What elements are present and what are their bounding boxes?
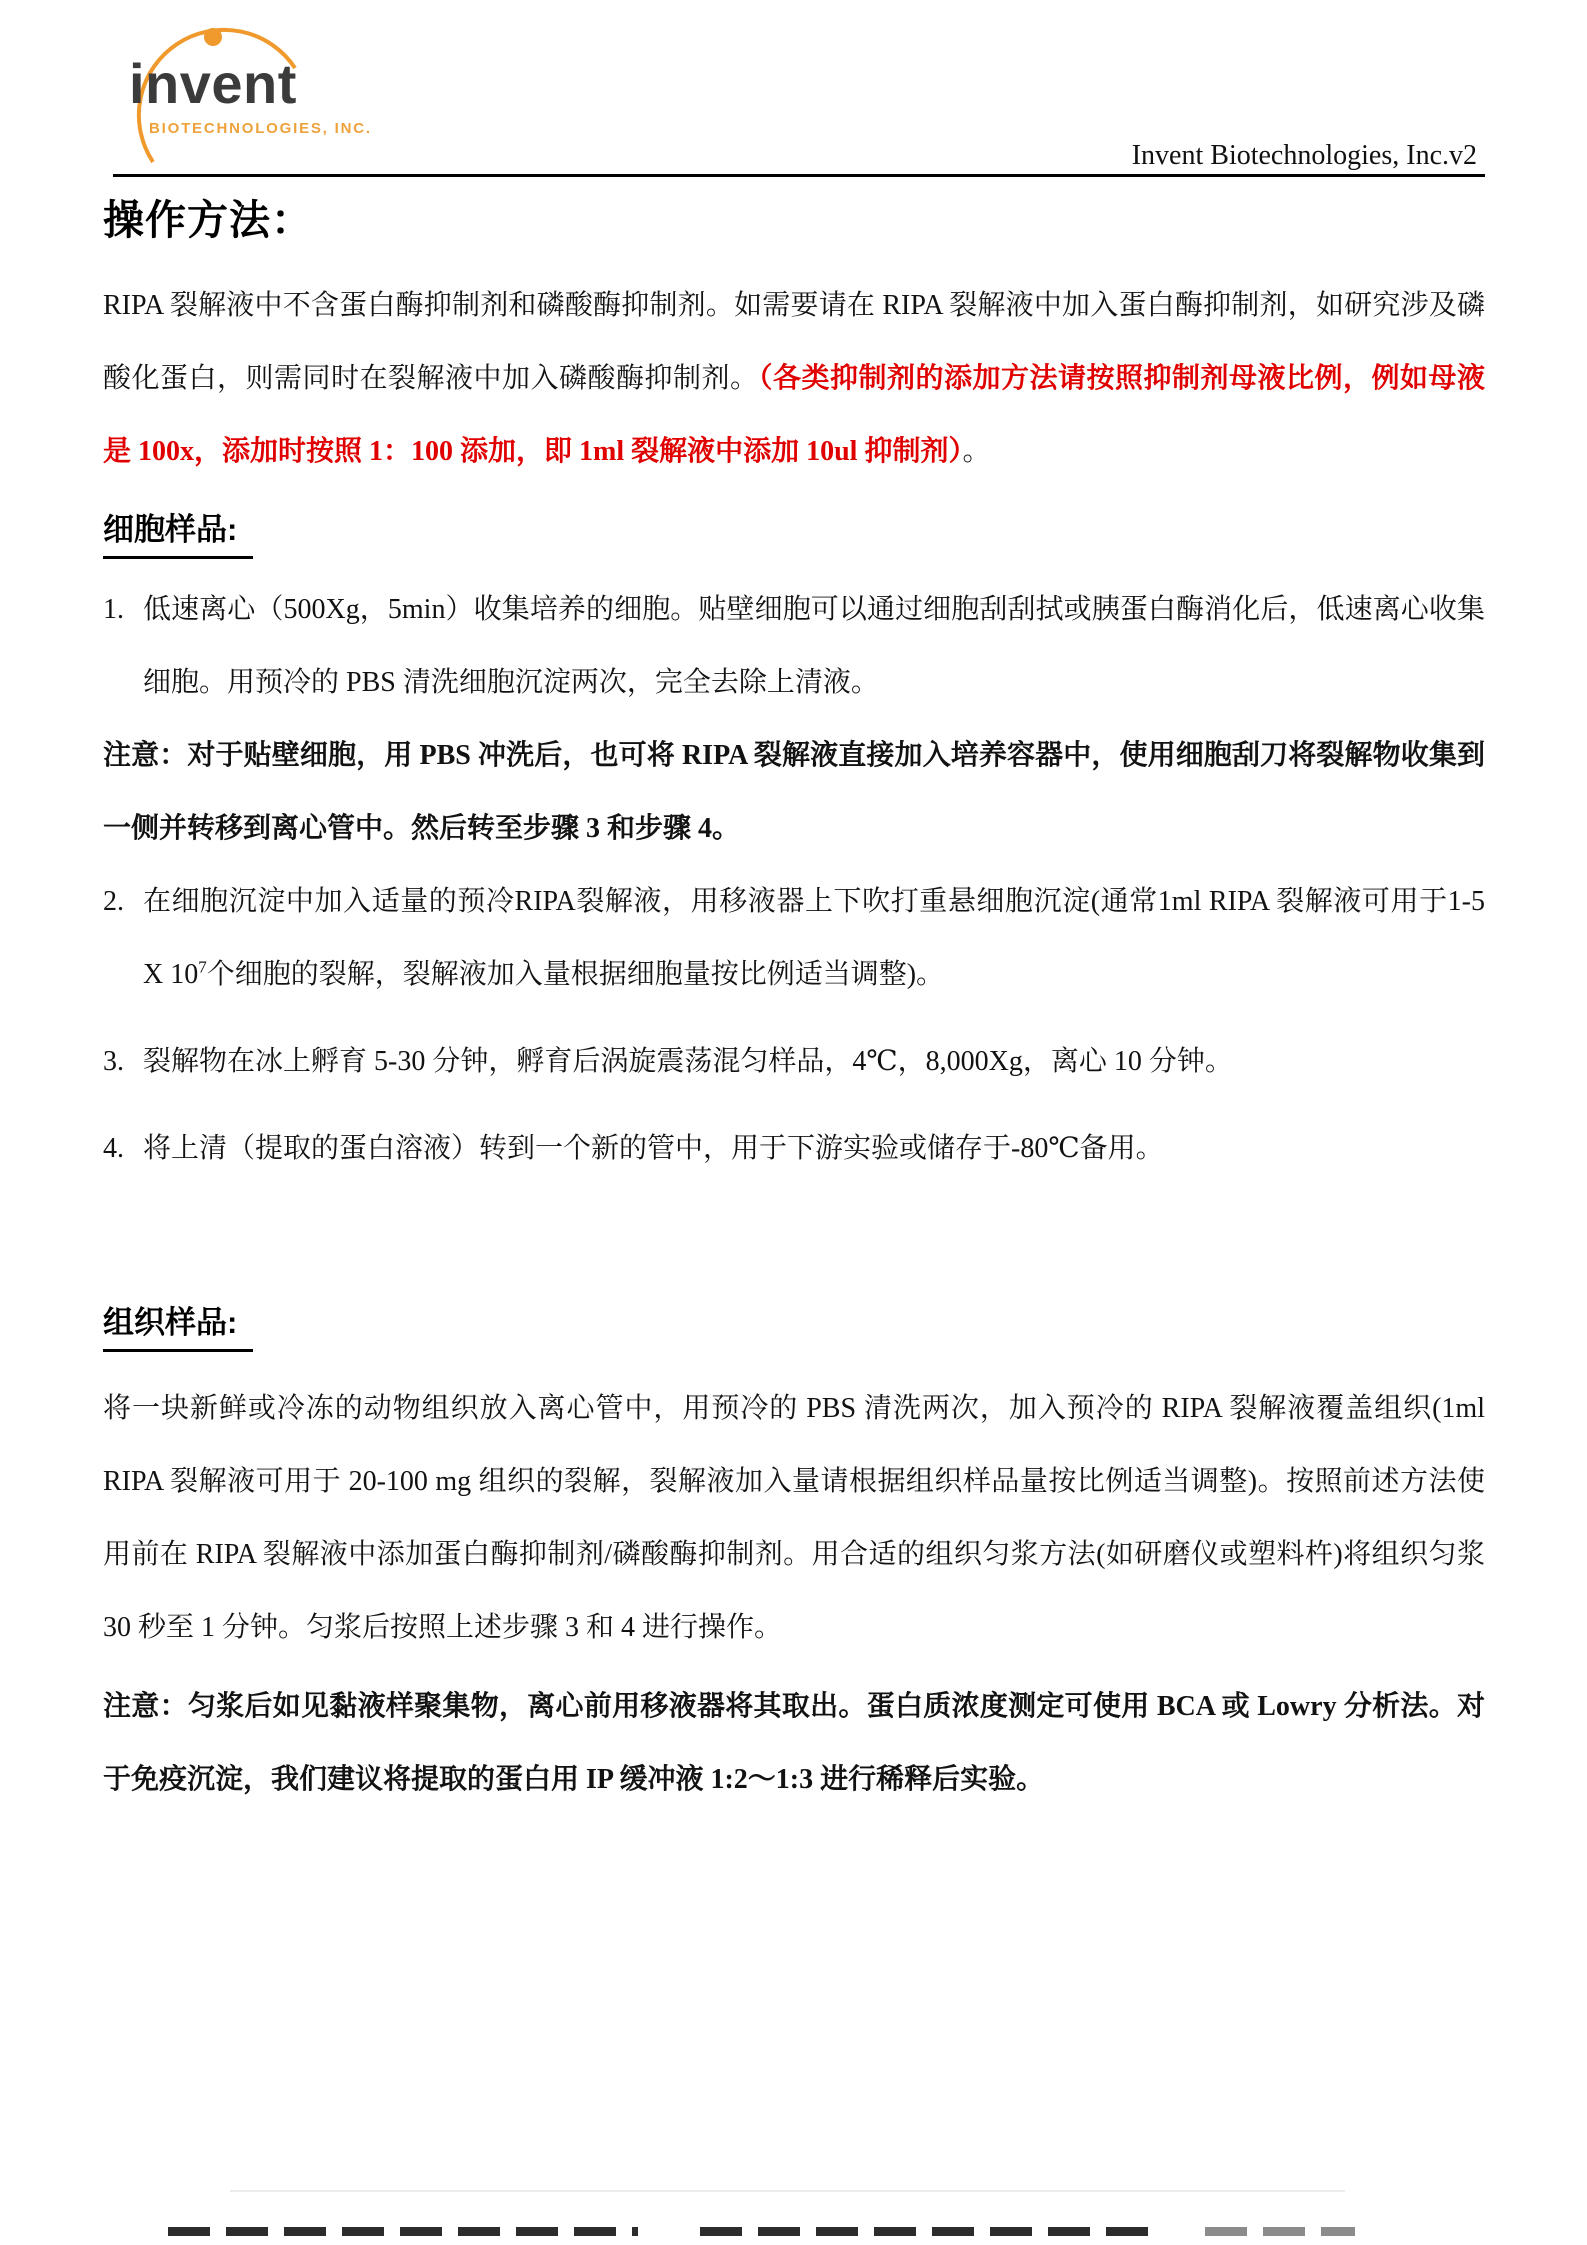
intro-text-tail: 。 bbox=[962, 436, 990, 467]
tissue-section: 组织样品: bbox=[103, 1281, 1485, 1352]
page-header: invent BIOTECHNOLOGIES, INC. Invent Biot… bbox=[103, 22, 1485, 174]
page-bottom-cut-content bbox=[700, 2227, 1152, 2236]
tissue-section-heading: 组织样品: bbox=[103, 1301, 253, 1352]
cell-section: 细胞样品: bbox=[103, 488, 1485, 559]
cell-section-heading: 细胞样品: bbox=[103, 508, 253, 559]
document-screenshot: { "header": { "logo_brand": "invent", "l… bbox=[0, 0, 1587, 2245]
page-content: invent BIOTECHNOLOGIES, INC. Invent Biot… bbox=[103, 22, 1485, 1816]
step-number: 4. bbox=[103, 1112, 143, 1185]
cell-step-1: 1. 低速离心（500Xg，5min）收集培养的细胞。贴壁细胞可以通过细胞刮刮拭… bbox=[103, 573, 1485, 719]
step-text-post: 个细胞的裂解，裂解液加入量根据细胞量按比例适当调整)。 bbox=[207, 959, 944, 990]
page-title: 操作方法： bbox=[103, 191, 1485, 249]
cell-step-3: 3. 裂解物在冰上孵育 5-30 分钟，孵育后涡旋震荡混匀样品，4℃，8,000… bbox=[103, 1025, 1485, 1098]
intro-paragraph: RIPA 裂解液中不含蛋白酶抑制剂和磷酸酶抑制剂。如需要请在 RIPA 裂解液中… bbox=[103, 269, 1485, 488]
logo-subtitle-text: BIOTECHNOLOGIES, INC. bbox=[149, 120, 372, 137]
page-bottom-cut-content bbox=[168, 2227, 638, 2236]
tissue-paragraph: 将一块新鲜或冷冻的动物组织放入离心管中，用预冷的 PBS 清洗两次，加入预冷的 … bbox=[103, 1372, 1485, 1664]
step-text: 在细胞沉淀中加入适量的预冷RIPA裂解液，用移液器上下吹打重悬细胞沉淀(通常1m… bbox=[143, 865, 1485, 1011]
step-number: 2. bbox=[103, 865, 143, 1011]
document-version-label: Invent Biotechnologies, Inc.v2 bbox=[1132, 140, 1477, 172]
cell-section-note: 注意：对于贴壁细胞，用 PBS 冲洗后，也可将 RIPA 裂解液直接加入培养容器… bbox=[103, 719, 1485, 865]
step-text: 将上清（提取的蛋白溶液）转到一个新的管中，用于下游实验或储存于-80℃备用。 bbox=[143, 1112, 1485, 1185]
step-text: 低速离心（500Xg，5min）收集培养的细胞。贴壁细胞可以通过细胞刮刮拭或胰蛋… bbox=[143, 573, 1485, 719]
exponent: 7 bbox=[198, 958, 207, 977]
cell-step-2: 2. 在细胞沉淀中加入适量的预冷RIPA裂解液，用移液器上下吹打重悬细胞沉淀(通… bbox=[103, 865, 1485, 1011]
invent-logo: invent BIOTECHNOLOGIES, INC. bbox=[103, 22, 423, 162]
header-divider bbox=[113, 174, 1485, 177]
step-number: 3. bbox=[103, 1025, 143, 1098]
step-text: 裂解物在冰上孵育 5-30 分钟，孵育后涡旋震荡混匀样品，4℃，8,000Xg，… bbox=[143, 1025, 1485, 1098]
tissue-section-note: 注意：匀浆后如见黏液样聚集物，离心前用移液器将其取出。蛋白质浓度测定可使用 BC… bbox=[103, 1670, 1485, 1816]
logo-brand-text: invent bbox=[129, 56, 297, 112]
cell-step-4: 4. 将上清（提取的蛋白溶液）转到一个新的管中，用于下游实验或储存于-80℃备用… bbox=[103, 1112, 1485, 1185]
page-bottom-faint-line bbox=[230, 2190, 1345, 2192]
step-number: 1. bbox=[103, 573, 143, 719]
page-bottom-cut-content bbox=[1205, 2227, 1355, 2236]
